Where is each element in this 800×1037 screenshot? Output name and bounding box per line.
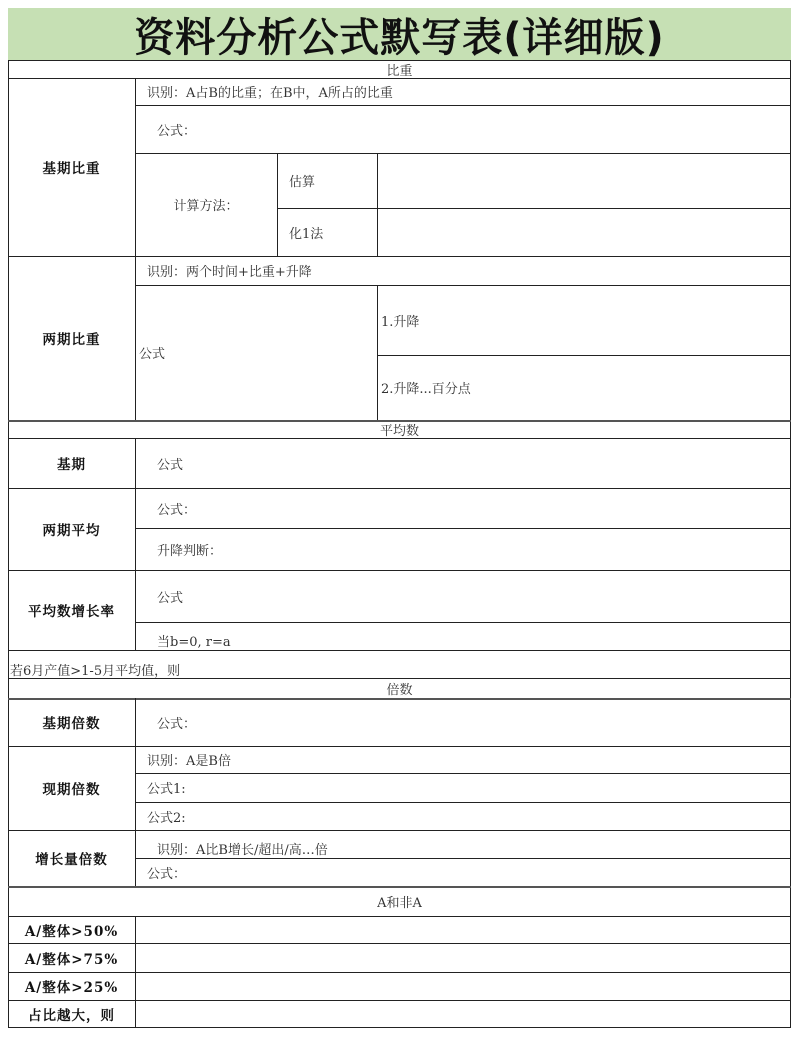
- average-extra-note[interactable]: 若6月产值>1-5月平均值，则: [10, 660, 791, 678]
- two-period-item-2[interactable]: 2.升降...百分点: [381, 355, 791, 420]
- method-normalize: 化1法: [277, 208, 377, 256]
- row-label-average-growth: 平均数增长率: [8, 570, 135, 650]
- average-growth-formula[interactable]: 公式: [135, 570, 791, 622]
- row-label-larger-share: 占比越大，则: [8, 1000, 135, 1028]
- average-growth-note[interactable]: 当b=0, r=a: [135, 630, 791, 650]
- two-period-item-1[interactable]: 1.升降: [381, 285, 791, 355]
- row-label-two-period-average: 两期平均: [8, 488, 135, 570]
- base-average-formula[interactable]: 公式: [135, 438, 791, 488]
- base-proportion-formula[interactable]: 公式：: [135, 105, 791, 153]
- section-header-a-non-a: A和非A: [8, 886, 791, 916]
- section-header-multiple: 倍数: [8, 678, 791, 698]
- calc-method-label: 计算方法：: [135, 153, 277, 256]
- current-multiple-formula-1[interactable]: 公式1:: [135, 773, 791, 802]
- page-title: 资料分析公式默写表(详细版): [8, 8, 791, 60]
- method-estimate: 估算: [277, 153, 377, 208]
- a-over-25-answer[interactable]: [135, 972, 791, 1000]
- increase-multiple-formula[interactable]: 公式：: [135, 858, 791, 886]
- section-header-average: 平均数: [8, 420, 791, 438]
- row-label-base-multiple: 基期倍数: [8, 698, 135, 746]
- larger-share-answer[interactable]: [135, 1000, 791, 1028]
- two-period-identify[interactable]: 识别：两个时间+比重+升降: [135, 256, 791, 285]
- row-label-a-over-25: A/整体>25%: [8, 972, 135, 1000]
- section-header-proportion: 比重: [8, 60, 791, 78]
- base-proportion-identify[interactable]: 识别：A占B的比重；在B中，A所占的比重: [135, 78, 791, 105]
- row-label-increase-multiple: 增长量倍数: [8, 830, 135, 886]
- current-multiple-formula-2[interactable]: 公式2:: [135, 802, 791, 830]
- two-period-average-judge[interactable]: 升降判断：: [135, 528, 791, 570]
- row-label-a-over-50: A/整体>50%: [8, 916, 135, 943]
- current-multiple-identify[interactable]: 识别：A是B倍: [135, 746, 791, 773]
- a-over-50-answer[interactable]: [135, 916, 791, 943]
- row-label-base-proportion: 基期比重: [8, 78, 135, 256]
- a-over-75-answer[interactable]: [135, 943, 791, 972]
- increase-multiple-identify[interactable]: 识别：A比B增长/超出/高…倍: [135, 838, 791, 858]
- two-period-formula[interactable]: 公式: [139, 285, 377, 420]
- row-label-base-average: 基期: [8, 438, 135, 488]
- method-estimate-answer[interactable]: [377, 153, 791, 208]
- base-multiple-formula[interactable]: 公式：: [135, 698, 791, 746]
- row-label-two-period-proportion: 两期比重: [8, 256, 135, 420]
- two-period-average-formula[interactable]: 公式：: [135, 488, 791, 528]
- row-label-a-over-75: A/整体>75%: [8, 943, 135, 972]
- row-label-current-multiple: 现期倍数: [8, 746, 135, 830]
- method-normalize-answer[interactable]: [377, 208, 791, 256]
